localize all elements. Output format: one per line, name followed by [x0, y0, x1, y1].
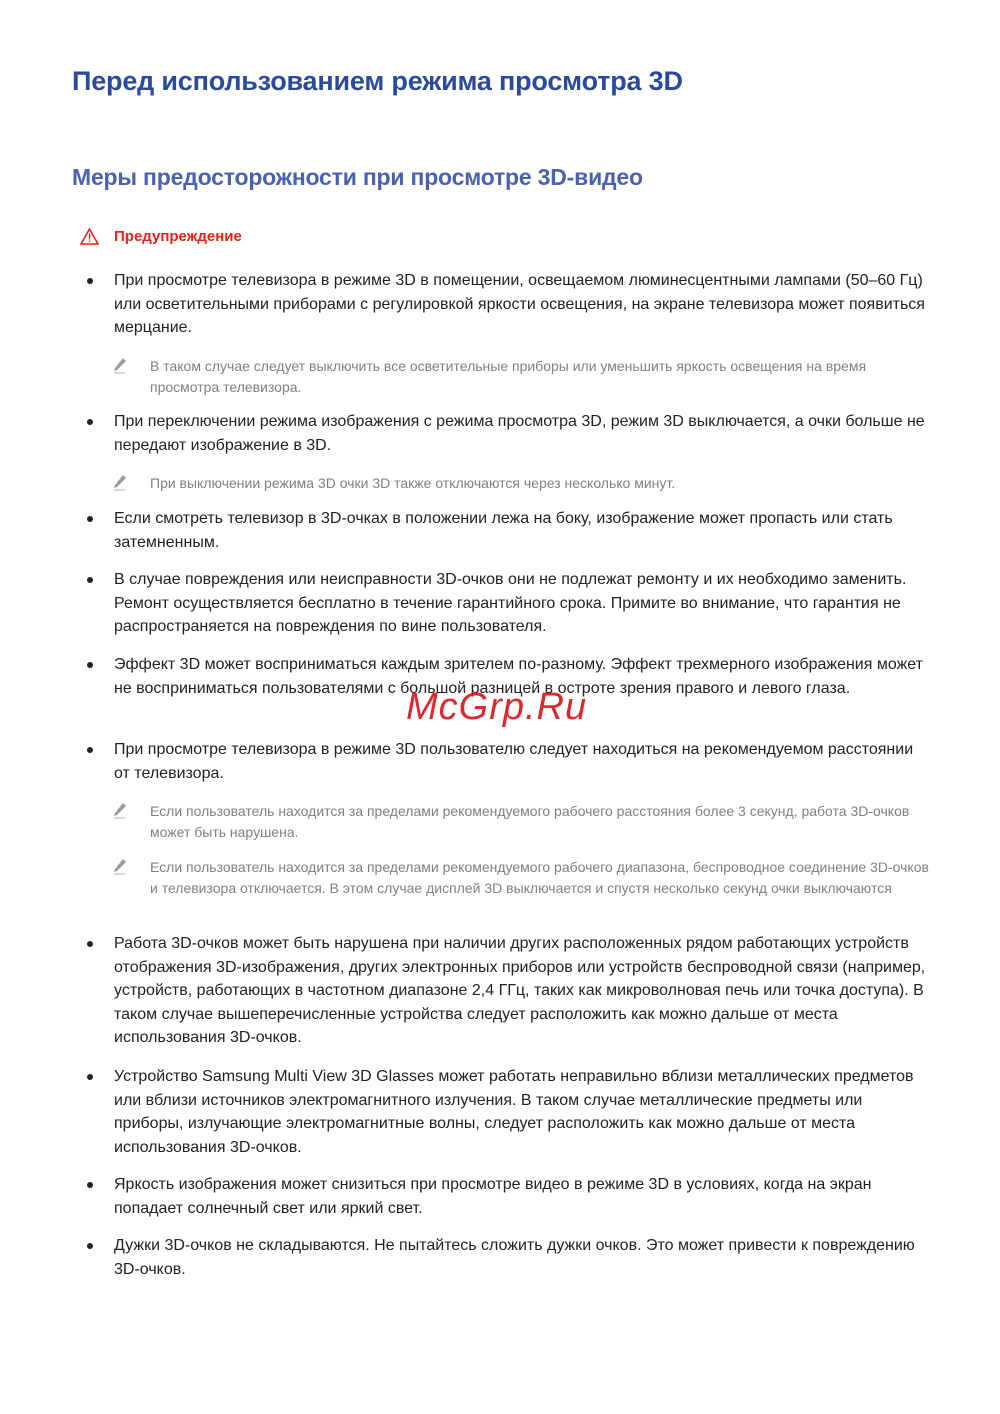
bullet-icon [87, 516, 93, 522]
page-title: Перед использованием режима просмотра 3D [72, 66, 683, 97]
pencil-icon [112, 858, 128, 876]
list-item: Яркость изображения может снизиться при … [114, 1173, 932, 1220]
list-item: Устройство Samsung Multi View 3D Glasses… [114, 1065, 932, 1159]
bullet-icon [87, 1243, 93, 1249]
pencil-icon [112, 474, 128, 492]
bullet-icon [87, 419, 93, 425]
bullet-icon [87, 1182, 93, 1188]
note-item: Если пользователь находится за пределами… [150, 857, 935, 899]
pencil-icon [112, 802, 128, 820]
warning-triangle-icon [80, 228, 99, 245]
list-item: Если смотреть телевизор в 3D-очках в пол… [114, 507, 932, 554]
bullet-icon [87, 662, 93, 668]
list-item: При просмотре телевизора в режиме 3D в п… [114, 269, 932, 340]
bullet-icon [87, 941, 93, 947]
watermark: McGrp.Ru [406, 686, 587, 729]
note-item: В таком случае следует выключить все осв… [150, 356, 935, 398]
bullet-icon [87, 577, 93, 583]
bullet-icon [87, 278, 93, 284]
section-title: Меры предосторожности при просмотре 3D-в… [72, 164, 643, 191]
note-item: Если пользователь находится за пределами… [150, 801, 935, 843]
list-item: При просмотре телевизора в режиме 3D пол… [114, 738, 932, 785]
bullet-icon [87, 1074, 93, 1080]
bullet-icon [87, 747, 93, 753]
pencil-icon [112, 357, 128, 375]
list-item: Дужки 3D-очков не складываются. Не пытай… [114, 1234, 932, 1281]
warning-label: Предупреждение [114, 228, 242, 245]
list-item: Работа 3D-очков может быть нарушена при … [114, 932, 932, 1050]
warning-heading: Предупреждение [80, 228, 242, 245]
note-item: При выключении режима 3D очки 3D также о… [150, 473, 935, 494]
list-item: В случае повреждения или неисправности 3… [114, 568, 932, 639]
list-item: При переключении режима изображения с ре… [114, 410, 932, 457]
